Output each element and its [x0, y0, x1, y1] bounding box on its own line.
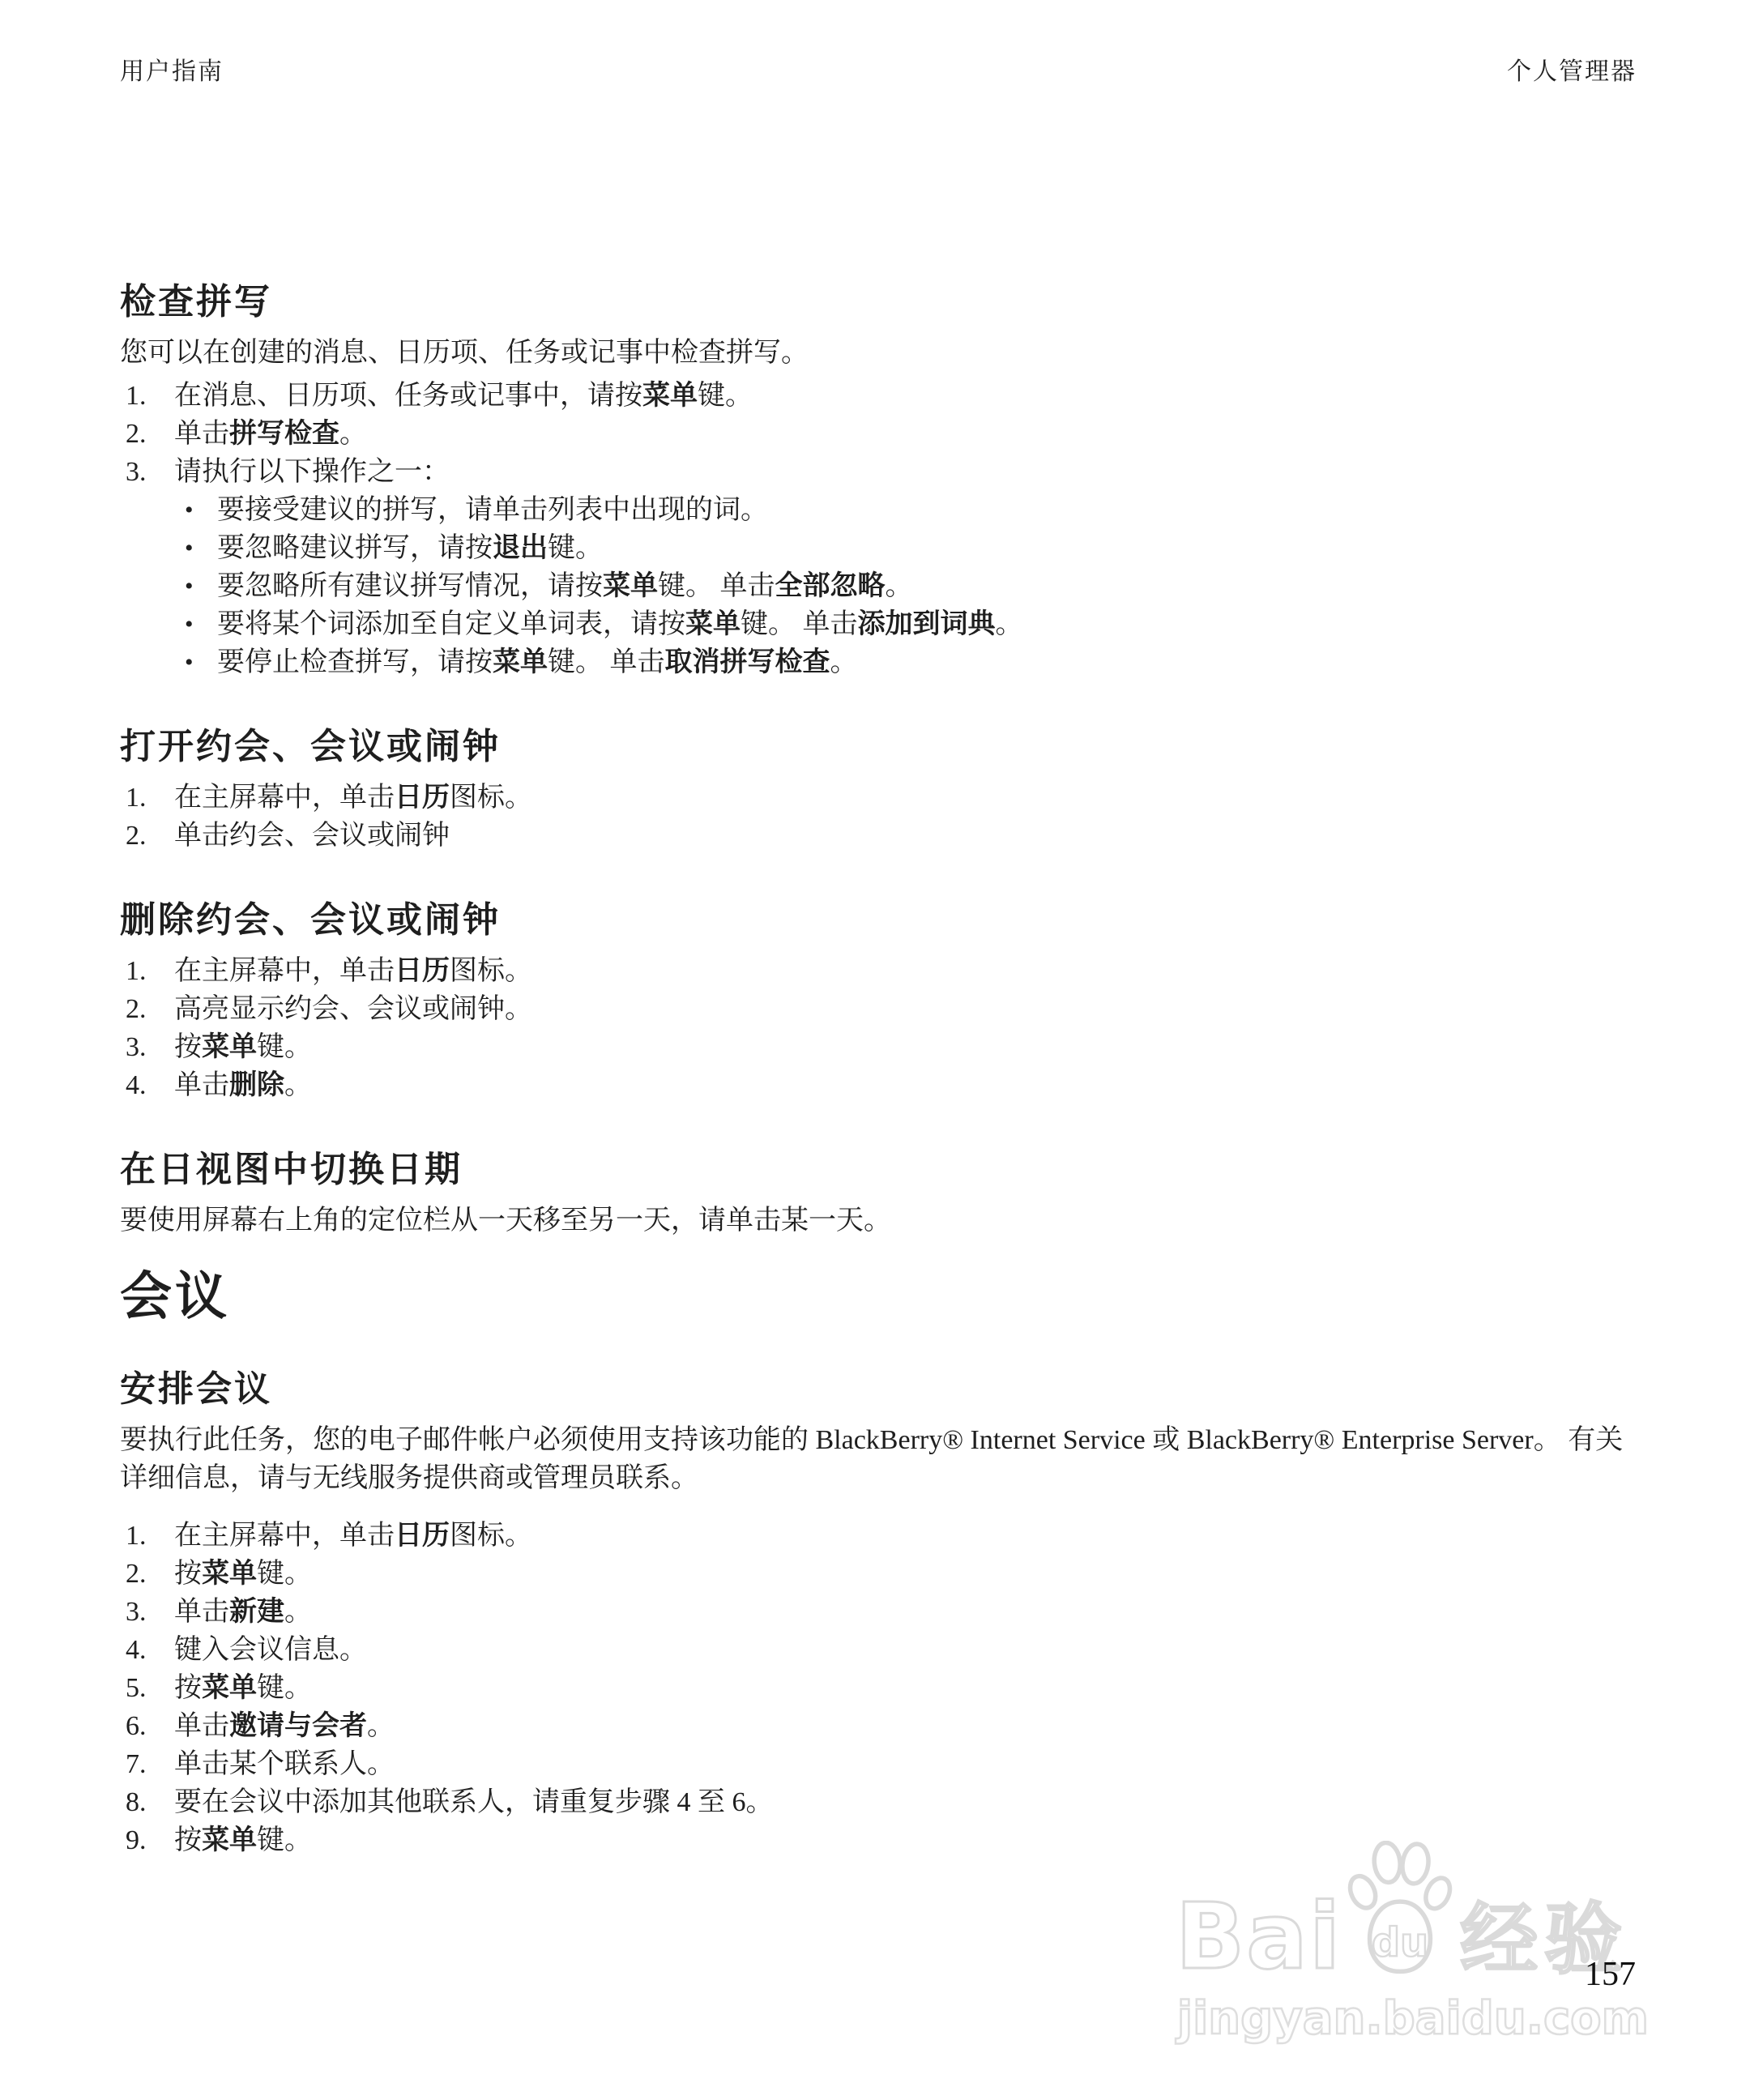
- text-run: 要接受建议的拼写，请单击列表中出现的词。: [217, 495, 768, 525]
- step-text: 单击拼写检查。: [174, 415, 1637, 453]
- bold-text: 全部忽略: [775, 570, 886, 601]
- text-run: 键。 单击: [548, 647, 665, 677]
- step-text: 按菜单键。: [174, 1555, 1637, 1593]
- bold-text: 拼写检查: [229, 418, 339, 449]
- text-run: 键入会议信息。: [174, 1635, 367, 1665]
- step-text: 在主屏幕中，单击日历图标。: [174, 1517, 1637, 1555]
- text-run: 单击约会、会议或闹钟: [174, 821, 450, 851]
- step-item: 1. 在主屏幕中，单击日历图标。: [120, 952, 1637, 990]
- step-number: 3.: [120, 453, 174, 491]
- step-item: 3. 请执行以下操作之一：: [120, 453, 1637, 491]
- option-item: • 要接受建议的拼写，请单击列表中出现的词。: [120, 491, 1637, 529]
- text-run: 。: [830, 647, 858, 677]
- steps-list-check-spelling: 1. 在消息、日历项、任务或记事中，请按菜单键。 2. 单击拼写检查。 3. 请…: [120, 377, 1637, 491]
- section-heading-delete-appointment: 删除约会、会议或闹钟: [120, 902, 1637, 939]
- option-text: 要将某个词添加至自定义单词表，请按菜单键。 单击添加到词典。: [217, 605, 1637, 643]
- chapter-heading-meetings: 会议: [120, 1269, 1637, 1324]
- bold-text: 邀请与会者: [229, 1710, 367, 1741]
- text-run: 单击: [174, 1070, 229, 1100]
- text-run: 按: [174, 1032, 202, 1062]
- bold-text: 退出: [493, 532, 548, 563]
- section-heading-switch-days: 在日视图中切换日期: [120, 1151, 1637, 1189]
- option-item: • 要忽略建议拼写，请按退出键。: [120, 529, 1637, 567]
- watermark-baidu-text: Bai: [1176, 1894, 1342, 1980]
- text-run: 图标。: [450, 1521, 532, 1551]
- manual-page: 用户指南 个人管理器 检查拼写 您可以在创建的消息、日历项、任务或记事中检查拼写…: [0, 0, 1750, 1859]
- section-heading-open-appointment: 打开约会、会议或闹钟: [120, 728, 1637, 766]
- text-run: 图标。: [450, 783, 532, 813]
- bold-text: 新建: [229, 1596, 284, 1627]
- step-item: 2. 按菜单键。: [120, 1555, 1637, 1593]
- text-run: 键。 单击: [741, 609, 858, 639]
- bold-text: 菜单: [202, 1672, 257, 1703]
- step-number: 2.: [120, 415, 174, 453]
- text-run: 要将某个词添加至自定义单词表，请按: [217, 609, 685, 639]
- step-number: 8.: [120, 1783, 174, 1821]
- step-item: 1. 在主屏幕中，单击日历图标。: [120, 779, 1637, 817]
- header-section-title: 个人管理器: [1507, 58, 1637, 86]
- step-text: 要在会议中添加其他联系人，请重复步骤 4 至 6。: [174, 1783, 1637, 1821]
- bold-text: 菜单: [642, 380, 698, 411]
- bold-text: 添加到词典: [858, 608, 996, 639]
- section-heading-check-spelling: 检查拼写: [120, 284, 1637, 321]
- step-text: 单击删除。: [174, 1066, 1637, 1104]
- watermark-du-text: du: [1372, 1919, 1428, 1966]
- text-run: 键。 单击: [658, 571, 775, 601]
- section-intro-check-spelling: 您可以在创建的消息、日历项、任务或记事中检查拼写。: [120, 334, 1637, 372]
- step-text: 按菜单键。: [174, 1669, 1637, 1707]
- step-item: 7. 单击某个联系人。: [120, 1745, 1637, 1783]
- step-number: 2.: [120, 817, 174, 855]
- step-text: 按菜单键。: [174, 1821, 1637, 1859]
- step-item: 1. 在消息、日历项、任务或记事中，请按菜单键。: [120, 377, 1637, 415]
- step-number: 1.: [120, 952, 174, 990]
- text-run: 键。: [257, 1673, 312, 1703]
- bold-text: 菜单: [202, 1558, 257, 1589]
- step-number: 1.: [120, 377, 174, 415]
- step-item: 2. 高亮显示约会、会议或闹钟。: [120, 990, 1637, 1028]
- step-text: 请执行以下操作之一：: [174, 453, 1637, 491]
- step-number: 2.: [120, 990, 174, 1028]
- text-run: 键。: [257, 1559, 312, 1589]
- step-text: 单击某个联系人。: [174, 1745, 1637, 1783]
- section-switch-days: 在日视图中切换日期 要使用屏幕右上角的定位栏从一天移至另一天，请单击某一天。: [120, 1151, 1637, 1240]
- text-run: 按: [174, 1559, 202, 1589]
- step-text: 在消息、日历项、任务或记事中，请按菜单键。: [174, 377, 1637, 415]
- step-number: 1.: [120, 779, 174, 817]
- text-run: 键。: [257, 1825, 312, 1855]
- text-run: 在消息、日历项、任务或记事中，请按: [174, 381, 642, 411]
- bullet-icon: •: [185, 567, 217, 605]
- page-content: 用户指南 个人管理器 检查拼写 您可以在创建的消息、日历项、任务或记事中检查拼写…: [0, 0, 1750, 1859]
- step-number: 7.: [120, 1745, 174, 1783]
- option-text: 要接受建议的拼写，请单击列表中出现的词。: [217, 491, 1637, 529]
- page-header: 用户指南 个人管理器: [120, 58, 1637, 86]
- baidu-paw-icon: du: [1343, 1841, 1457, 1985]
- text-run: 按: [174, 1825, 202, 1855]
- step-item: 4. 单击删除。: [120, 1066, 1637, 1104]
- step-item: 9. 按菜单键。: [120, 1821, 1637, 1859]
- bold-text: 菜单: [493, 647, 548, 677]
- option-item: • 要停止检查拼写，请按菜单键。 单击取消拼写检查。: [120, 643, 1637, 681]
- text-run: 要停止检查拼写，请按: [217, 647, 493, 677]
- step-number: 4.: [120, 1631, 174, 1669]
- text-run: 键。: [257, 1032, 312, 1062]
- step-item: 1. 在主屏幕中，单击日历图标。: [120, 1517, 1637, 1555]
- step-text: 在主屏幕中，单击日历图标。: [174, 952, 1637, 990]
- bold-text: 菜单: [603, 570, 658, 601]
- option-item: • 要将某个词添加至自定义单词表，请按菜单键。 单击添加到词典。: [120, 605, 1637, 643]
- options-list-check-spelling: • 要接受建议的拼写，请单击列表中出现的词。 • 要忽略建议拼写，请按退出键。 …: [120, 491, 1637, 681]
- bold-text: 日历: [395, 955, 450, 986]
- option-item: • 要忽略所有建议拼写情况，请按菜单键。 单击全部忽略。: [120, 567, 1637, 605]
- text-run: 。: [284, 1070, 312, 1100]
- watermark-logo-row: Bai du 经验: [1176, 1841, 1628, 1983]
- step-number: 9.: [120, 1821, 174, 1859]
- step-number: 1.: [120, 1517, 174, 1555]
- step-item: 3. 单击新建。: [120, 1593, 1637, 1631]
- steps-list-schedule-meeting: 1. 在主屏幕中，单击日历图标。 2. 按菜单键。 3. 单击新建。 4. 键入…: [120, 1517, 1637, 1859]
- baidu-jingyan-watermark: Bai du 经验 jingyan.baidu.com: [1176, 1841, 1649, 2046]
- bullet-icon: •: [185, 643, 217, 681]
- step-item: 2. 单击拼写检查。: [120, 415, 1637, 453]
- text-run: 单击某个联系人。: [174, 1749, 395, 1779]
- page-number: 157: [1585, 1955, 1636, 1994]
- section-open-appointment: 打开约会、会议或闹钟 1. 在主屏幕中，单击日历图标。 2. 单击约会、会议或闹…: [120, 728, 1637, 855]
- text-run: 要忽略所有建议拼写情况，请按: [217, 571, 603, 601]
- text-run: 键。: [698, 381, 753, 411]
- text-run: 。: [367, 1711, 395, 1741]
- step-text: 高亮显示约会、会议或闹钟。: [174, 990, 1637, 1028]
- step-number: 4.: [120, 1066, 174, 1104]
- text-run: 在主屏幕中，单击: [174, 783, 395, 813]
- bold-text: 菜单: [202, 1031, 257, 1062]
- step-number: 2.: [120, 1555, 174, 1593]
- step-text: 键入会议信息。: [174, 1631, 1637, 1669]
- text-run: 单击: [174, 1597, 229, 1627]
- text-run: 请执行以下操作之一：: [174, 457, 450, 487]
- text-run: 在主屏幕中，单击: [174, 1521, 395, 1551]
- step-number: 3.: [120, 1593, 174, 1631]
- step-text: 单击新建。: [174, 1593, 1637, 1631]
- watermark-domain-text: jingyan.baidu.com: [1177, 1991, 1649, 2046]
- header-doc-title: 用户指南: [120, 58, 224, 86]
- text-run: 高亮显示约会、会议或闹钟。: [174, 994, 532, 1024]
- text-run: 键。: [548, 533, 603, 563]
- section-intro-schedule-meeting: 要执行此任务，您的电子邮件帐户必须使用支持该功能的 BlackBerry® In…: [120, 1421, 1637, 1497]
- step-number: 5.: [120, 1669, 174, 1707]
- step-number: 6.: [120, 1707, 174, 1745]
- section-delete-appointment: 删除约会、会议或闹钟 1. 在主屏幕中，单击日历图标。 2. 高亮显示约会、会议…: [120, 902, 1637, 1104]
- text-run: 。: [284, 1597, 312, 1627]
- bold-text: 菜单: [685, 608, 741, 639]
- section-heading-schedule-meeting: 安排会议: [120, 1371, 1637, 1408]
- text-run: 在主屏幕中，单击: [174, 956, 395, 986]
- step-text: 按菜单键。: [174, 1028, 1637, 1066]
- text-run: 图标。: [450, 956, 532, 986]
- steps-list-open-appointment: 1. 在主屏幕中，单击日历图标。 2. 单击约会、会议或闹钟: [120, 779, 1637, 855]
- text-run: 要忽略建议拼写，请按: [217, 533, 493, 563]
- step-item: 3. 按菜单键。: [120, 1028, 1637, 1066]
- step-item: 6. 单击邀请与会者。: [120, 1707, 1637, 1745]
- step-item: 2. 单击约会、会议或闹钟: [120, 817, 1637, 855]
- step-item: 4. 键入会议信息。: [120, 1631, 1637, 1669]
- text-run: 要在会议中添加其他联系人，请重复步骤 4 至 6。: [174, 1787, 774, 1817]
- step-item: 8. 要在会议中添加其他联系人，请重复步骤 4 至 6。: [120, 1783, 1637, 1821]
- bullet-icon: •: [185, 491, 217, 529]
- section-schedule-meeting: 安排会议 要执行此任务，您的电子邮件帐户必须使用支持该功能的 BlackBerr…: [120, 1371, 1637, 1859]
- option-text: 要忽略所有建议拼写情况，请按菜单键。 单击全部忽略。: [217, 567, 1637, 605]
- section-intro-switch-days: 要使用屏幕右上角的定位栏从一天移至另一天，请单击某一天。: [120, 1202, 1637, 1240]
- step-text: 在主屏幕中，单击日历图标。: [174, 779, 1637, 817]
- section-check-spelling: 检查拼写 您可以在创建的消息、日历项、任务或记事中检查拼写。 1. 在消息、日历…: [120, 284, 1637, 681]
- option-text: 要忽略建议拼写，请按退出键。: [217, 529, 1637, 567]
- text-run: 单击: [174, 1711, 229, 1741]
- option-text: 要停止检查拼写，请按菜单键。 单击取消拼写检查。: [217, 643, 1637, 681]
- bold-text: 日历: [395, 1520, 450, 1551]
- step-text: 单击约会、会议或闹钟: [174, 817, 1637, 855]
- text-run: 。: [996, 609, 1023, 639]
- bullet-icon: •: [185, 529, 217, 567]
- bullet-icon: •: [185, 605, 217, 643]
- text-run: 单击: [174, 419, 229, 449]
- steps-list-delete-appointment: 1. 在主屏幕中，单击日历图标。 2. 高亮显示约会、会议或闹钟。 3. 按菜单…: [120, 952, 1637, 1104]
- text-run: 。: [886, 571, 913, 601]
- bold-text: 取消拼写检查: [665, 647, 830, 677]
- step-text: 单击邀请与会者。: [174, 1707, 1637, 1745]
- bold-text: 删除: [229, 1069, 284, 1100]
- step-item: 5. 按菜单键。: [120, 1669, 1637, 1707]
- text-run: 按: [174, 1673, 202, 1703]
- step-number: 3.: [120, 1028, 174, 1066]
- bold-text: 菜单: [202, 1825, 257, 1855]
- text-run: 。: [339, 419, 367, 449]
- bold-text: 日历: [395, 782, 450, 813]
